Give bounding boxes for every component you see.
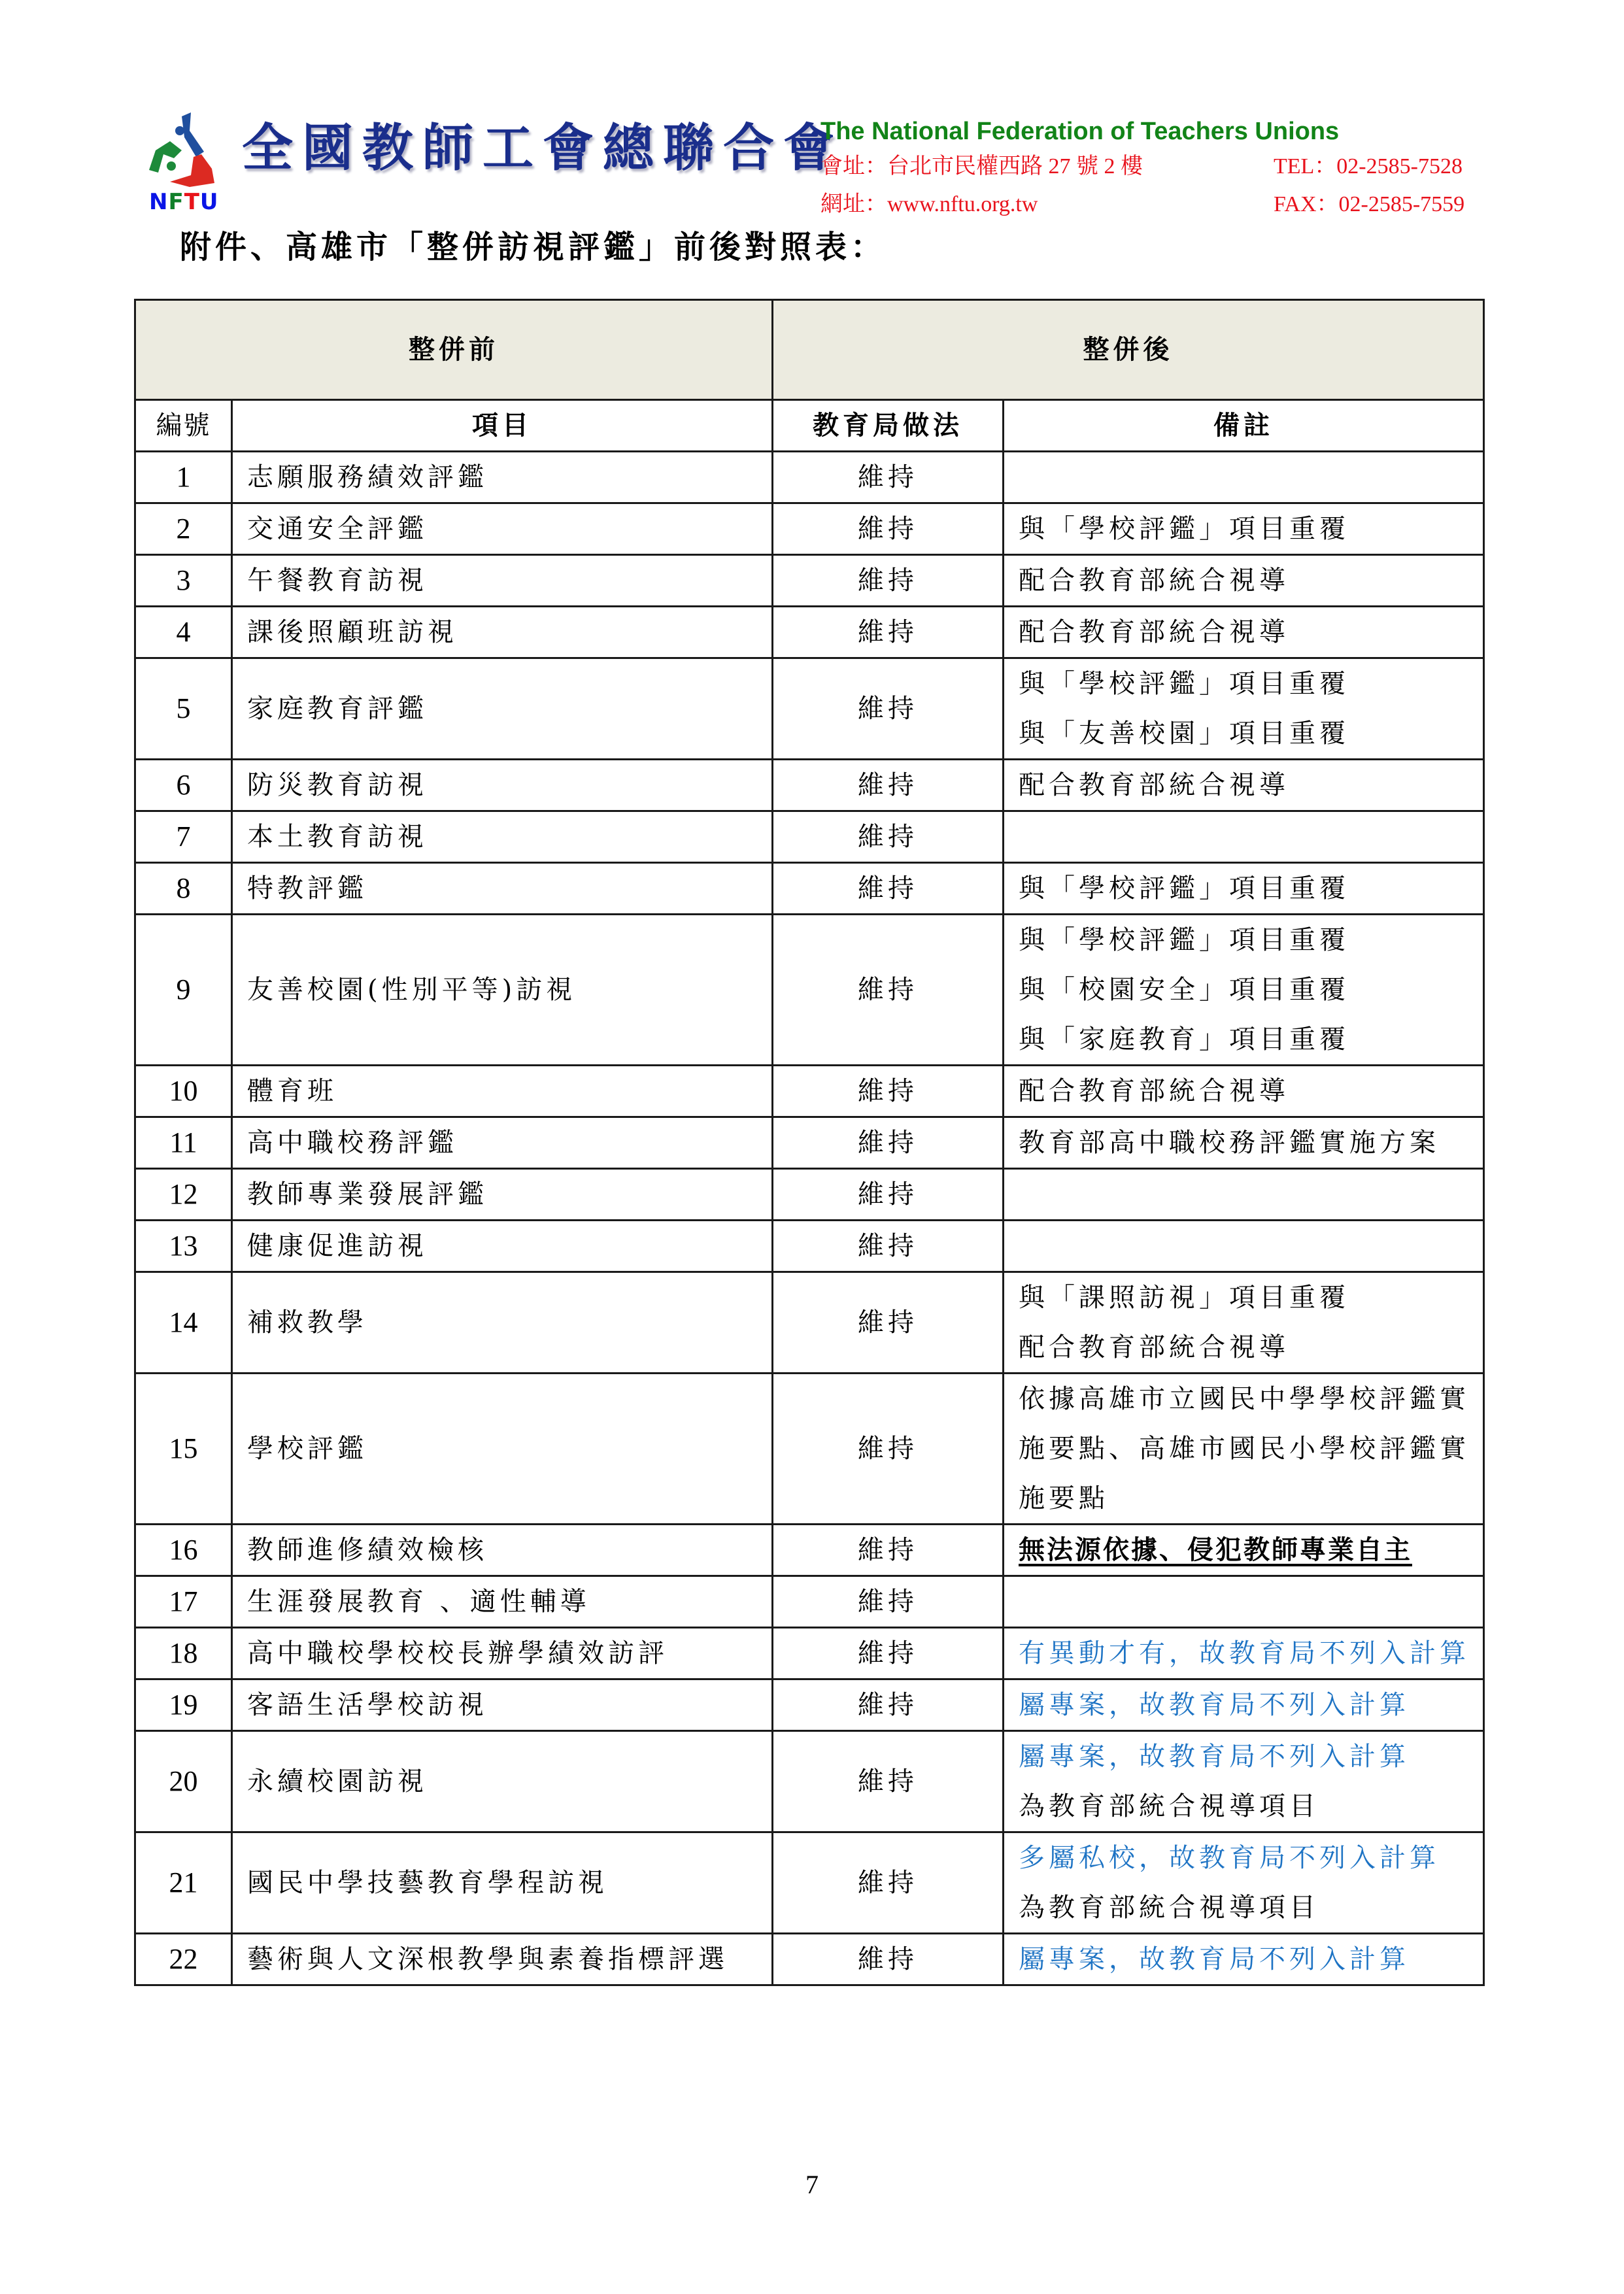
- note-line: 教育部高中職校務評鑑實施方案: [1019, 1118, 1476, 1168]
- note-line: 屬專案，故教育局不列入計算: [1019, 1934, 1476, 1984]
- row-method: 維持: [773, 1272, 1004, 1374]
- row-item: 永續校園訪視: [232, 1731, 773, 1832]
- row-item: 教師進修績效檢核: [232, 1525, 773, 1576]
- row-note: 配合教育部統合視導: [1004, 607, 1484, 658]
- row-method: 維持: [773, 811, 1004, 863]
- row-number: 18: [135, 1628, 232, 1679]
- note-line: 配合教育部統合視導: [1019, 1323, 1476, 1372]
- row-note: 多屬私校，故教育局不列入計算為教育部統合視導項目: [1004, 1832, 1484, 1934]
- row-method: 維持: [773, 555, 1004, 607]
- row-item: 健康促進訪視: [232, 1221, 773, 1272]
- group-header-row: 整併前 整併後: [135, 300, 1484, 400]
- group-header-before: 整併前: [135, 300, 773, 400]
- row-note: 配合教育部統合視導: [1004, 1066, 1484, 1117]
- row-note: 配合教育部統合視導: [1004, 555, 1484, 607]
- row-note: [1004, 1169, 1484, 1221]
- table-row: 21國民中學技藝教育學程訪視維持多屬私校，故教育局不列入計算為教育部統合視導項目: [135, 1832, 1484, 1934]
- table-body: 1志願服務績效評鑑維持2交通安全評鑑維持與「學校評鑑」項目重覆3午餐教育訪視維持…: [135, 452, 1484, 1985]
- row-item: 體育班: [232, 1066, 773, 1117]
- note-line: 為教育部統合視導項目: [1019, 1781, 1476, 1831]
- row-number: 11: [135, 1117, 232, 1169]
- row-number: 1: [135, 452, 232, 503]
- row-note: 與「學校評鑑」項目重覆與「校園安全」項目重覆與「家庭教育」項目重覆: [1004, 915, 1484, 1066]
- row-method: 維持: [773, 607, 1004, 658]
- row-note: 與「學校評鑑」項目重覆: [1004, 863, 1484, 915]
- row-item: 教師專業發展評鑑: [232, 1169, 773, 1221]
- row-item: 防災教育訪視: [232, 760, 773, 811]
- row-item: 交通安全評鑑: [232, 503, 773, 555]
- row-number: 15: [135, 1374, 232, 1525]
- row-method: 維持: [773, 1731, 1004, 1832]
- table-row: 22藝術與人文深根教學與素養指標評選維持屬專案，故教育局不列入計算: [135, 1934, 1484, 1985]
- row-method: 維持: [773, 1832, 1004, 1934]
- note-line: 配合教育部統合視導: [1019, 1066, 1476, 1116]
- row-note: 無法源依據、侵犯教師專業自主: [1004, 1525, 1484, 1576]
- row-item: 本土教育訪視: [232, 811, 773, 863]
- row-item: 友善校園(性別平等)訪視: [232, 915, 773, 1066]
- table-row: 3午餐教育訪視維持配合教育部統合視導: [135, 555, 1484, 607]
- row-item: 高中職校學校校長辦學績效訪評: [232, 1628, 773, 1679]
- nftu-logo-icon: NFTU: [144, 111, 229, 222]
- row-number: 5: [135, 658, 232, 760]
- row-method: 維持: [773, 760, 1004, 811]
- row-number: 8: [135, 863, 232, 915]
- table-row: 9友善校園(性別平等)訪視維持與「學校評鑑」項目重覆與「校園安全」項目重覆與「家…: [135, 915, 1484, 1066]
- note-line: 與「學校評鑑」項目重覆: [1019, 915, 1476, 965]
- row-item: 家庭教育評鑑: [232, 658, 773, 760]
- row-number: 10: [135, 1066, 232, 1117]
- row-note: 屬專案，故教育局不列入計算: [1004, 1679, 1484, 1731]
- row-number: 6: [135, 760, 232, 811]
- table-row: 20永續校園訪視維持屬專案，故教育局不列入計算為教育部統合視導項目: [135, 1731, 1484, 1832]
- row-item: 生涯發展教育 、適性輔導: [232, 1576, 773, 1628]
- org-name-english: The National Federation of Teachers Unio…: [820, 119, 1339, 144]
- group-header-after: 整併後: [773, 300, 1484, 400]
- row-note: [1004, 1221, 1484, 1272]
- note-line: 與「家庭教育」項目重覆: [1019, 1015, 1476, 1064]
- org-telephone: TEL：02-2585-7528: [1274, 156, 1463, 178]
- row-number: 3: [135, 555, 232, 607]
- table-row: 15學校評鑑維持依據高雄市立國民中學學校評鑑實施要點、高雄市國民小學校評鑑實施要…: [135, 1374, 1484, 1525]
- table-row: 12教師專業發展評鑑維持: [135, 1169, 1484, 1221]
- row-item: 學校評鑑: [232, 1374, 773, 1525]
- org-fax: FAX：02-2585-7559: [1274, 194, 1464, 216]
- row-item: 補救教學: [232, 1272, 773, 1374]
- note-line: 多屬私校，故教育局不列入計算: [1019, 1833, 1476, 1883]
- row-note: 與「學校評鑑」項目重覆: [1004, 503, 1484, 555]
- row-number: 20: [135, 1731, 232, 1832]
- table-row: 6防災教育訪視維持配合教育部統合視導: [135, 760, 1484, 811]
- note-line: 配合教育部統合視導: [1019, 607, 1476, 657]
- table-row: 14補救教學維持與「課照訪視」項目重覆配合教育部統合視導: [135, 1272, 1484, 1374]
- table-row: 16教師進修績效檢核維持無法源依據、侵犯教師專業自主: [135, 1525, 1484, 1576]
- table-row: 2交通安全評鑑維持與「學校評鑑」項目重覆: [135, 503, 1484, 555]
- row-number: 2: [135, 503, 232, 555]
- row-note: [1004, 811, 1484, 863]
- table-row: 19客語生活學校訪視維持屬專案，故教育局不列入計算: [135, 1679, 1484, 1731]
- note-line: 與「學校評鑑」項目重覆: [1019, 504, 1476, 554]
- note-line: 與「友善校園」項目重覆: [1019, 709, 1476, 758]
- note-line: 為教育部統合視導項目: [1019, 1883, 1476, 1932]
- row-item: 午餐教育訪視: [232, 555, 773, 607]
- row-number: 21: [135, 1832, 232, 1934]
- org-address: 會址：台北市民權西路 27 號 2 樓: [820, 156, 1143, 178]
- row-note: 配合教育部統合視導: [1004, 760, 1484, 811]
- row-method: 維持: [773, 452, 1004, 503]
- row-number: 7: [135, 811, 232, 863]
- row-method: 維持: [773, 1374, 1004, 1525]
- row-note: 依據高雄市立國民中學學校評鑑實施要點、高雄市國民小學校評鑑實施要點: [1004, 1374, 1484, 1525]
- row-method: 維持: [773, 1525, 1004, 1576]
- table-row: 7本土教育訪視維持: [135, 811, 1484, 863]
- row-note: 有異動才有，故教育局不列入計算: [1004, 1628, 1484, 1679]
- table-row: 18高中職校學校校長辦學績效訪評維持有異動才有，故教育局不列入計算: [135, 1628, 1484, 1679]
- column-header-item: 項目: [232, 400, 773, 452]
- table-row: 10體育班維持配合教育部統合視導: [135, 1066, 1484, 1117]
- table-row: 4課後照顧班訪視維持配合教育部統合視導: [135, 607, 1484, 658]
- row-number: 14: [135, 1272, 232, 1374]
- row-item: 國民中學技藝教育學程訪視: [232, 1832, 773, 1934]
- row-method: 維持: [773, 503, 1004, 555]
- row-note: [1004, 452, 1484, 503]
- document-title: 附件、高雄市「整併訪視評鑑」前後對照表：: [180, 230, 886, 265]
- row-number: 4: [135, 607, 232, 658]
- note-line: 依據高雄市立國民中學學校評鑑實施要點、高雄市國民小學校評鑑實施要點: [1019, 1374, 1476, 1523]
- letterhead: NFTU 全國教師工會總聯合會 The National Federation …: [144, 111, 1491, 229]
- note-line: 配合教育部統合視導: [1019, 760, 1476, 810]
- row-method: 維持: [773, 1934, 1004, 1985]
- column-header-method: 教育局做法: [773, 400, 1004, 452]
- row-item: 高中職校務評鑑: [232, 1117, 773, 1169]
- page-number: 7: [0, 2169, 1624, 2200]
- row-item: 藝術與人文深根教學與素養指標評選: [232, 1934, 773, 1985]
- table-row: 11高中職校務評鑑維持教育部高中職校務評鑑實施方案: [135, 1117, 1484, 1169]
- note-line: 屬專案，故教育局不列入計算: [1019, 1732, 1476, 1781]
- row-note: 屬專案，故教育局不列入計算: [1004, 1934, 1484, 1985]
- row-item: 志願服務績效評鑑: [232, 452, 773, 503]
- row-method: 維持: [773, 1679, 1004, 1731]
- row-note: [1004, 1576, 1484, 1628]
- row-method: 維持: [773, 1221, 1004, 1272]
- row-item: 特教評鑑: [232, 863, 773, 915]
- table-row: 17生涯發展教育 、適性輔導維持: [135, 1576, 1484, 1628]
- row-method: 維持: [773, 1169, 1004, 1221]
- row-method: 維持: [773, 1066, 1004, 1117]
- note-line: 與「校園安全」項目重覆: [1019, 965, 1476, 1015]
- note-line: 無法源依據、侵犯教師專業自主: [1019, 1525, 1476, 1575]
- note-line: 與「課照訪視」項目重覆: [1019, 1273, 1476, 1323]
- row-number: 22: [135, 1934, 232, 1985]
- row-method: 維持: [773, 1628, 1004, 1679]
- row-note: 教育部高中職校務評鑑實施方案: [1004, 1117, 1484, 1169]
- row-method: 維持: [773, 863, 1004, 915]
- note-line: 屬專案，故教育局不列入計算: [1019, 1680, 1476, 1730]
- column-header-row: 編號 項目 教育局做法 備註: [135, 400, 1484, 452]
- column-header-no: 編號: [135, 400, 232, 452]
- table-row: 13健康促進訪視維持: [135, 1221, 1484, 1272]
- table-row: 5家庭教育評鑑維持與「學校評鑑」項目重覆與「友善校園」項目重覆: [135, 658, 1484, 760]
- row-method: 維持: [773, 1117, 1004, 1169]
- nftu-wordmark: NFTU: [149, 191, 219, 213]
- column-header-note: 備註: [1004, 400, 1484, 452]
- note-line: 配合教育部統合視導: [1019, 556, 1476, 605]
- row-number: 16: [135, 1525, 232, 1576]
- note-line: 有異動才有，故教育局不列入計算: [1019, 1628, 1476, 1678]
- row-number: 12: [135, 1169, 232, 1221]
- org-name-chinese: 全國教師工會總聯合會: [242, 123, 843, 174]
- row-method: 維持: [773, 915, 1004, 1066]
- table-row: 1志願服務績效評鑑維持: [135, 452, 1484, 503]
- row-item: 客語生活學校訪視: [232, 1679, 773, 1731]
- row-method: 維持: [773, 1576, 1004, 1628]
- note-line: 與「學校評鑑」項目重覆: [1019, 864, 1476, 913]
- table-row: 8特教評鑑維持與「學校評鑑」項目重覆: [135, 863, 1484, 915]
- row-item: 課後照顧班訪視: [232, 607, 773, 658]
- row-note: 與「課照訪視」項目重覆配合教育部統合視導: [1004, 1272, 1484, 1374]
- row-number: 9: [135, 915, 232, 1066]
- comparison-table: 整併前 整併後 編號 項目 教育局做法 備註 1志願服務績效評鑑維持2交通安全評…: [134, 299, 1485, 1986]
- row-method: 維持: [773, 658, 1004, 760]
- row-number: 19: [135, 1679, 232, 1731]
- note-line: 與「學校評鑑」項目重覆: [1019, 659, 1476, 709]
- org-website: 網址：www.nftu.org.tw: [820, 194, 1038, 216]
- row-number: 13: [135, 1221, 232, 1272]
- row-note: 與「學校評鑑」項目重覆與「友善校園」項目重覆: [1004, 658, 1484, 760]
- row-number: 17: [135, 1576, 232, 1628]
- row-note: 屬專案，故教育局不列入計算為教育部統合視導項目: [1004, 1731, 1484, 1832]
